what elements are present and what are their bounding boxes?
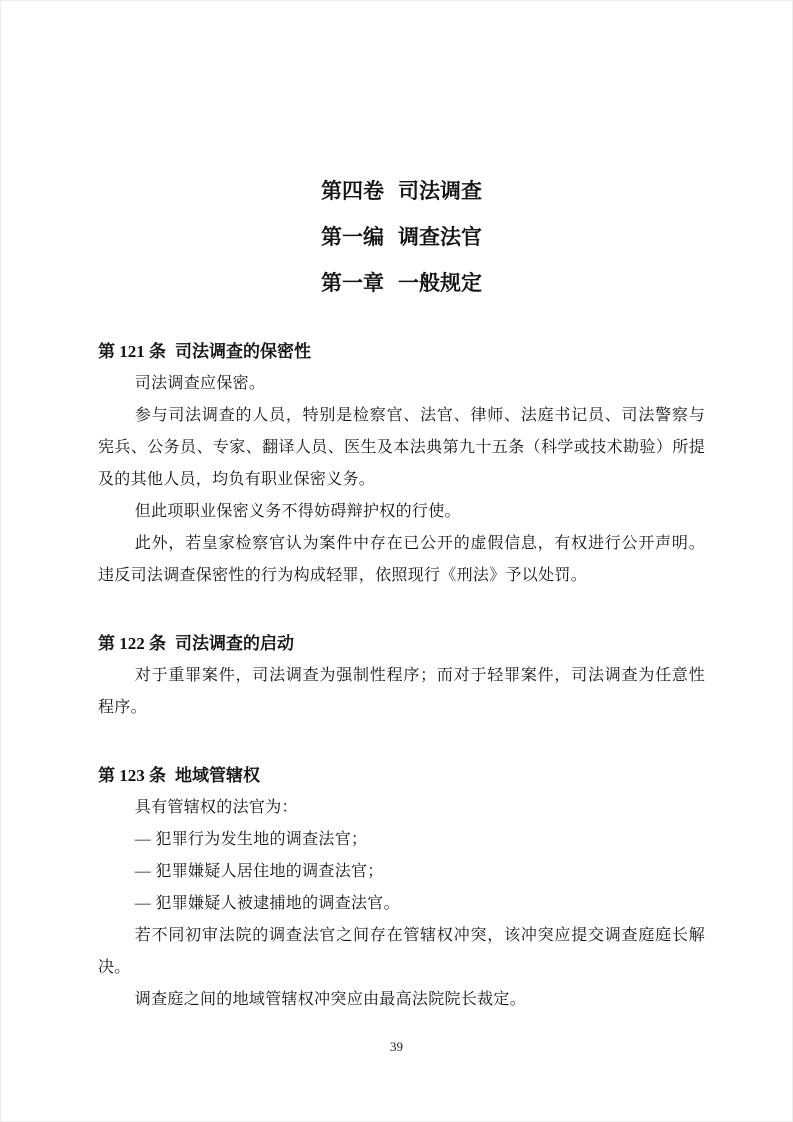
document-title: 第四卷司法调查 bbox=[98, 168, 705, 214]
paragraph: 对于重罪案件，司法调查为强制性程序；而对于轻罪案件，司法调查为任意性程序。 bbox=[98, 660, 705, 724]
paragraph: — 犯罪嫌疑人居住地的调查法官； bbox=[98, 856, 705, 888]
title-text: 司法调查 bbox=[398, 179, 482, 203]
article-heading: 第 121 条司法调查的保密性 bbox=[98, 336, 705, 368]
article-paragraphs: 司法调查应保密。参与司法调查的人员，特别是检察官、法官、律师、法庭书记员、司法警… bbox=[98, 368, 705, 592]
paragraph: 若不同初审法院的调查法官之间存在管辖权冲突，该冲突应提交调查庭庭长解决。 bbox=[98, 920, 705, 984]
article-heading: 第 122 条司法调查的启动 bbox=[98, 628, 705, 660]
article: 第 122 条司法调查的启动 对于重罪案件，司法调查为强制性程序；而对于轻罪案件… bbox=[98, 628, 705, 724]
article-paragraphs: 具有管辖权的法官为：— 犯罪行为发生地的调查法官；— 犯罪嫌疑人居住地的调查法官… bbox=[98, 792, 705, 1016]
document-title: 第一章一般规定 bbox=[98, 260, 705, 306]
article-number: 第 122 条 bbox=[98, 634, 166, 653]
page-content: 第四卷司法调查 第一编调查法官 第一章一般规定 第 121 条司法调查的保密性 … bbox=[1, 1, 792, 1016]
paragraph: 此外，若皇家检察官认为案件中存在已公开的虚假信息，有权进行公开声明。违反司法调查… bbox=[98, 528, 705, 592]
paragraph: — 犯罪行为发生地的调查法官； bbox=[98, 824, 705, 856]
article: 第 123 条地域管辖权 具有管辖权的法官为：— 犯罪行为发生地的调查法官；— … bbox=[98, 760, 705, 1016]
articles: 第 121 条司法调查的保密性 司法调查应保密。参与司法调查的人员，特别是检察官… bbox=[98, 336, 705, 1016]
paragraph: 具有管辖权的法官为： bbox=[98, 792, 705, 824]
article-title: 地域管辖权 bbox=[175, 766, 260, 785]
title-part: 第四卷 bbox=[321, 179, 384, 203]
article-number: 第 121 条 bbox=[98, 342, 166, 361]
document-title: 第一编调查法官 bbox=[98, 214, 705, 260]
article-title: 司法调查的保密性 bbox=[175, 342, 311, 361]
title-part: 第一章 bbox=[321, 271, 384, 295]
paragraph: 但此项职业保密义务不得妨碍辩护权的行使。 bbox=[98, 496, 705, 528]
title-text: 调查法官 bbox=[398, 225, 482, 249]
paragraph: — 犯罪嫌疑人被逮捕地的调查法官。 bbox=[98, 888, 705, 920]
paragraph: 参与司法调查的人员，特别是检察官、法官、律师、法庭书记员、司法警察与宪兵、公务员… bbox=[98, 400, 705, 496]
article-paragraphs: 对于重罪案件，司法调查为强制性程序；而对于轻罪案件，司法调查为任意性程序。 bbox=[98, 660, 705, 724]
title-part: 第一编 bbox=[321, 225, 384, 249]
article-number: 第 123 条 bbox=[98, 766, 166, 785]
title-text: 一般规定 bbox=[398, 271, 482, 295]
paragraph: 司法调查应保密。 bbox=[98, 368, 705, 400]
page-number: 39 bbox=[1, 1039, 792, 1055]
article-heading: 第 123 条地域管辖权 bbox=[98, 760, 705, 792]
document-titles: 第四卷司法调查 第一编调查法官 第一章一般规定 bbox=[98, 168, 705, 306]
article: 第 121 条司法调查的保密性 司法调查应保密。参与司法调查的人员，特别是检察官… bbox=[98, 336, 705, 592]
paragraph: 调查庭之间的地域管辖权冲突应由最高法院院长裁定。 bbox=[98, 984, 705, 1016]
document-page: { "page": { "number": "39", "titles": [ … bbox=[0, 0, 793, 1122]
article-title: 司法调查的启动 bbox=[175, 634, 294, 653]
